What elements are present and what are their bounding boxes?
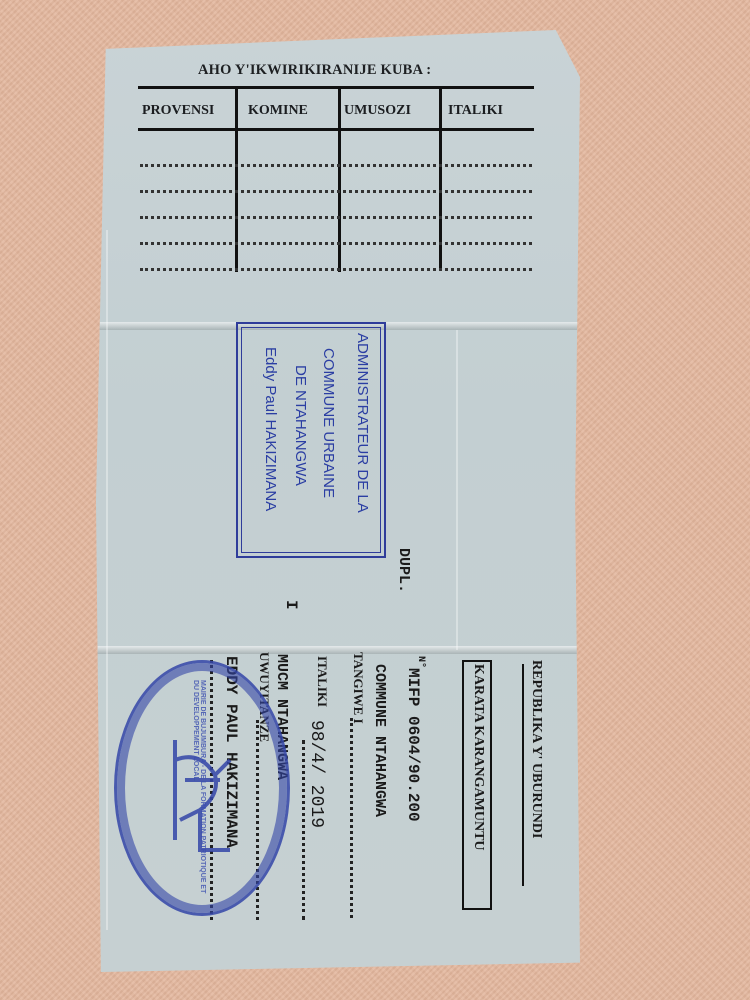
table-top-rule — [138, 86, 534, 89]
issued-label: TANGIWE I — [350, 652, 366, 724]
card-number-label: N° — [415, 656, 426, 668]
paper-crease — [456, 330, 458, 650]
country-underline — [522, 664, 524, 886]
table-row-line — [140, 242, 532, 245]
residence-table-title: AHO Y'IKWIRIKIRANIJE KUBA : — [198, 62, 431, 79]
stamp-line-3: DE NTAHANGWA — [290, 365, 310, 486]
table-row-line — [140, 190, 532, 193]
stamp-line-2: COMMUNE URBAINE — [318, 348, 338, 498]
issue-date: 98/4/ 2019 — [306, 720, 326, 828]
stamp-line-4: Eddy Paul HAKIZIMANA — [260, 347, 280, 511]
date-label: ITALIKI — [314, 656, 330, 707]
round-stamp-inner-text: MAIRIE DE BUJUMBURA - DE LA FORMATION PA… — [192, 680, 206, 900]
table-row-line — [140, 164, 532, 167]
column-provensi: PROVENSI — [142, 103, 214, 119]
column-italiki: ITALIKI — [448, 103, 503, 119]
paper-crease — [106, 230, 108, 930]
card-number: MIFP 0604/90.200 — [404, 668, 422, 822]
place-label: I — [282, 600, 300, 610]
duplicate-mark: DUPL. — [395, 548, 412, 593]
table-row-line — [140, 216, 532, 219]
fold-crease-bottom — [96, 646, 580, 654]
column-komine: KOMINE — [248, 103, 308, 119]
card-title: KARATA KARANGAMUNTU — [470, 664, 486, 851]
country-name: REPUBLIKA Y' UBURUNDI — [528, 660, 544, 838]
table-header-rule — [138, 128, 534, 131]
issued-dotted-line — [350, 718, 353, 918]
column-umusozi: UMUSOZI — [344, 103, 411, 119]
table-row-line — [140, 268, 532, 271]
date-dotted-line — [302, 740, 305, 920]
commune-name: COMMUNE NTAHANGWA — [371, 664, 388, 817]
stamp-line-1: ADMINISTRATEUR DE LA — [352, 333, 372, 513]
